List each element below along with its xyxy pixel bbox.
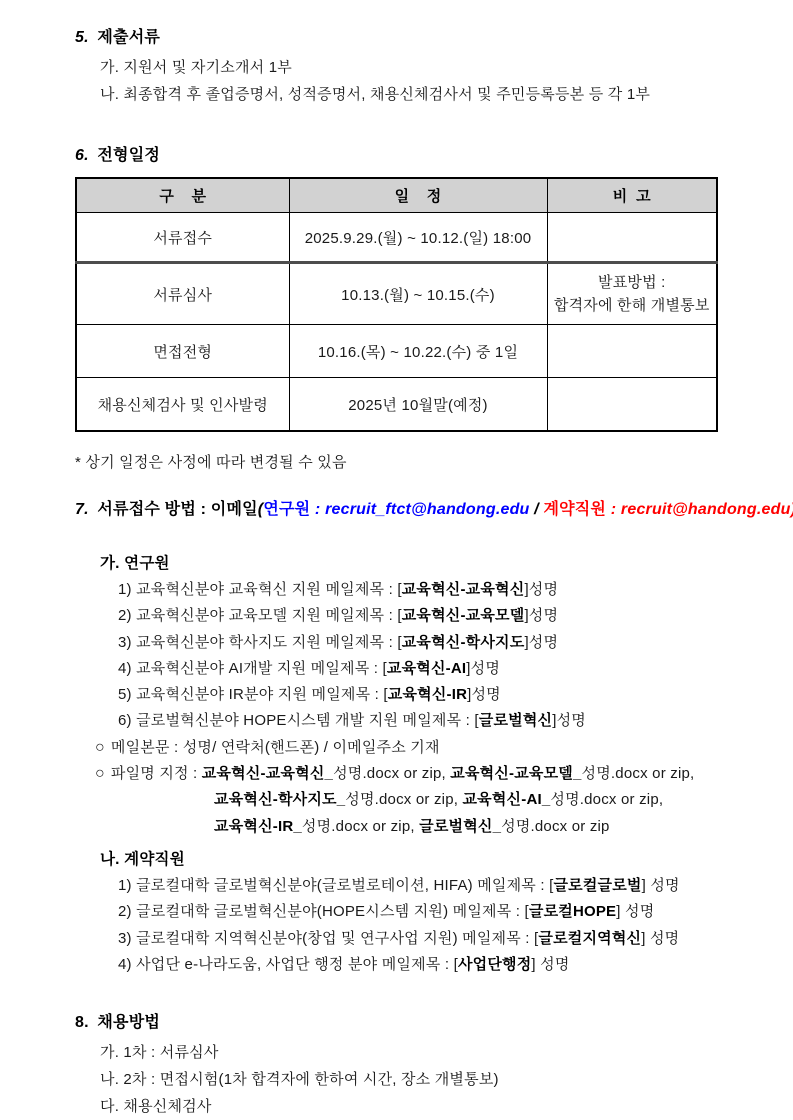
researcher-mail-item: 4) 교육혁신분야 AI개발 지원 메일제목 : [교육혁신-AI]성명 xyxy=(118,656,753,682)
section-7-number: 7. xyxy=(75,501,89,518)
filename-tag: 교육혁신-IR_ xyxy=(214,818,302,835)
researcher-mail-item: 2) 교육혁신분야 교육모델 지원 메일제목 : [교육혁신-교육모델]성명 xyxy=(118,603,753,629)
filename-tag: 교육혁신-AI_ xyxy=(462,791,550,808)
filename-label: 파일명 지정 : xyxy=(111,765,202,782)
researcher-mail-item: 6) 글로벌혁신분야 HOPE시스템 개발 지원 메일제목 : [글로벌혁신]성… xyxy=(118,708,753,734)
section-8-heading: 8. 채용방법 xyxy=(75,1009,753,1032)
cell-note xyxy=(547,325,717,378)
cell-note xyxy=(547,213,717,263)
researcher-email: recruit_ftct@handong.edu xyxy=(325,501,529,518)
researcher-label: 연구원 xyxy=(263,501,310,518)
item-text: 4) 교육혁신분야 AI개발 지원 메일제목 : [ xyxy=(118,660,387,677)
researcher-mail-item: 1) 교육혁신분야 교육혁신 지원 메일제목 : [교육혁신-교육혁신]성명 xyxy=(118,577,753,603)
section-6-heading: 6. 전형일정 xyxy=(75,142,753,165)
filename-text: 성명.docx or zip, xyxy=(345,791,462,808)
section-5-items: 가. 지원서 및 자기소개서 1부 나. 최종합격 후 졸업증명서, 성적증명서… xyxy=(75,54,753,108)
recruit-method-item: 가. 1차 : 서류심사 xyxy=(100,1039,753,1066)
contract-email: recruit@handong.edu xyxy=(621,501,791,518)
cell-category: 채용신체검사 및 인사발령 xyxy=(76,378,289,432)
mail-body-text: 메일본문 : 성명/ 연락처(핸드폰) / 이메일주소 기재 xyxy=(111,739,440,756)
item-text: 1) 글로컬대학 글로벌혁신분야(글로벌로테이션, HIFA) 메일제목 : [ xyxy=(118,877,553,894)
mail-body-bullet: ○메일본문 : 성명/ 연락처(핸드폰) / 이메일주소 기재 xyxy=(95,735,753,761)
header-note: 비 고 xyxy=(547,178,717,213)
submission-doc-item: 나. 최종합격 후 졸업증명서, 성적증명서, 채용신체검사서 및 주민등록등본… xyxy=(100,81,753,108)
cell-schedule: 10.13.(월) ~ 10.15.(수) xyxy=(289,263,547,325)
recruit-method-item: 나. 2차 : 면접시험(1차 합격자에 한하여 시간, 장소 개별통보) xyxy=(100,1066,753,1093)
item-text: ] 성명 xyxy=(642,877,680,894)
cell-schedule: 2025.9.29.(월) ~ 10.12.(일) 18:00 xyxy=(289,213,547,263)
cell-category: 서류심사 xyxy=(76,263,289,325)
submission-doc-item: 가. 지원서 및 자기소개서 1부 xyxy=(100,54,753,81)
circle-bullet-icon: ○ xyxy=(95,739,105,756)
email-separator: / xyxy=(530,501,544,518)
mail-subject-tag: 교육혁신-교육모델 xyxy=(402,607,525,624)
item-text: 3) 글로컬대학 지역혁신분야(창업 및 연구사업 지원) 메일제목 : [ xyxy=(118,930,538,947)
filename-continuation: 교육혁신-학사지도_성명.docx or zip, 교육혁신-AI_성명.doc… xyxy=(214,787,753,813)
item-text: 3) 교육혁신분야 학사지도 지원 메일제목 : [ xyxy=(118,634,402,651)
researcher-colon: : xyxy=(310,501,325,518)
item-text: ] 성명 xyxy=(641,930,679,947)
section-7-title: 서류접수 방법 : 이메일 xyxy=(97,501,257,518)
schedule-footnote: * 상기 일정은 사정에 따라 변경될 수 있음 xyxy=(75,452,753,474)
cell-schedule: 2025년 10월말(예정) xyxy=(289,378,547,432)
mail-subject-tag: 글로컬글로벌 xyxy=(553,877,641,894)
contract-mail-item: 4) 사업단 e-나라도움, 사업단 행정 분야 메일제목 : [사업단행정] … xyxy=(118,952,753,978)
item-text: ] 성명 xyxy=(616,903,654,920)
cell-category: 서류접수 xyxy=(76,213,289,263)
section-6-title: 전형일정 xyxy=(97,147,160,164)
item-text: ]성명 xyxy=(524,581,558,598)
section-6-number: 6. xyxy=(75,147,89,164)
mail-subject-tag: 교육혁신-교육혁신 xyxy=(402,581,525,598)
item-text: ]성명 xyxy=(524,607,558,624)
section-5-number: 5. xyxy=(75,29,89,46)
schedule-table: 구 분 일 정 비 고 서류접수 2025.9.29.(월) ~ 10.12.(… xyxy=(75,177,718,432)
table-row: 서류심사 10.13.(월) ~ 10.15.(수) 발표방법 : 합격자에 한… xyxy=(76,263,717,325)
section-8-items: 가. 1차 : 서류심사 나. 2차 : 면접시험(1차 합격자에 한하여 시간… xyxy=(75,1039,753,1120)
item-text: ]성명 xyxy=(552,712,586,729)
filename-text: 성명.docx or zip, xyxy=(550,791,663,808)
cell-note: 발표방법 : 합격자에 한해 개별통보 xyxy=(547,263,717,325)
mail-subject-tag: 글로컬HOPE xyxy=(529,903,616,920)
cell-note xyxy=(547,378,717,432)
mail-subject-tag: 교육혁신-학사지도 xyxy=(402,634,525,651)
mail-subject-tag: 글로벌혁신 xyxy=(479,712,552,729)
section-8-title: 채용방법 xyxy=(97,1014,160,1031)
item-text: 5) 교육혁신분야 IR분야 지원 메일제목 : [ xyxy=(118,686,388,703)
item-text: ]성명 xyxy=(466,660,500,677)
item-text: 4) 사업단 e-나라도움, 사업단 행정 분야 메일제목 : [ xyxy=(118,956,458,973)
filename-continuation: 교육혁신-IR_성명.docx or zip, 글로벌혁신_성명.docx or… xyxy=(214,814,753,840)
section-8-number: 8. xyxy=(75,1014,89,1031)
item-text: ]성명 xyxy=(524,634,558,651)
table-row: 채용신체검사 및 인사발령 2025년 10월말(예정) xyxy=(76,378,717,432)
item-text: 2) 글로컬대학 글로벌혁신분야(HOPE시스템 지원) 메일제목 : [ xyxy=(118,903,529,920)
contract-subsection-heading: 나. 계약직원 xyxy=(100,847,753,873)
contract-mail-item: 2) 글로컬대학 글로벌혁신분야(HOPE시스템 지원) 메일제목 : [글로컬… xyxy=(118,899,753,925)
mail-subject-tag: 교육혁신-IR xyxy=(388,686,467,703)
researcher-mail-item: 5) 교육혁신분야 IR분야 지원 메일제목 : [교육혁신-IR]성명 xyxy=(118,682,753,708)
filename-text: 성명.docx or zip, xyxy=(582,765,695,782)
filename-bullet: ○파일명 지정 : 교육혁신-교육혁신_성명.docx or zip, 교육혁신… xyxy=(95,761,753,787)
cell-category: 면접전형 xyxy=(76,325,289,378)
header-category: 구 분 xyxy=(76,178,289,213)
filename-text: 성명.docx or zip, xyxy=(302,818,419,835)
item-text: ]성명 xyxy=(467,686,501,703)
contract-colon: : xyxy=(606,501,621,518)
item-text: ] 성명 xyxy=(531,956,569,973)
section-7-heading: 7. 서류접수 방법 : 이메일(연구원 : recruit_ftct@hand… xyxy=(75,496,753,519)
filename-tag: 교육혁신-교육모델_ xyxy=(450,765,581,782)
table-row: 면접전형 10.16.(목) ~ 10.22.(수) 중 1일 xyxy=(76,325,717,378)
mail-subject-tag: 교육혁신-AI xyxy=(387,660,466,677)
contract-mail-item: 1) 글로컬대학 글로벌혁신분야(글로벌로테이션, HIFA) 메일제목 : [… xyxy=(118,873,753,899)
item-text: 1) 교육혁신분야 교육혁신 지원 메일제목 : [ xyxy=(118,581,402,598)
item-text: 6) 글로벌혁신분야 HOPE시스템 개발 지원 메일제목 : [ xyxy=(118,712,479,729)
researcher-mail-item: 3) 교육혁신분야 학사지도 지원 메일제목 : [교육혁신-학사지도]성명 xyxy=(118,630,753,656)
table-header-row: 구 분 일 정 비 고 xyxy=(76,178,717,213)
mail-subject-tag: 사업단행정 xyxy=(458,956,531,973)
mail-subject-tag: 글로컬지역혁신 xyxy=(538,930,641,947)
recruitment-notice-page: 5. 제출서류 가. 지원서 및 자기소개서 1부 나. 최종합격 후 졸업증명… xyxy=(0,0,793,977)
table-row: 서류접수 2025.9.29.(월) ~ 10.12.(일) 18:00 xyxy=(76,213,717,263)
item-text: 2) 교육혁신분야 교육모델 지원 메일제목 : [ xyxy=(118,607,402,624)
filename-tag: 교육혁신-교육혁신_ xyxy=(202,765,333,782)
filename-text: 성명.docx or zip, xyxy=(333,765,450,782)
cell-schedule: 10.16.(목) ~ 10.22.(수) 중 1일 xyxy=(289,325,547,378)
filename-text: 성명.docx or zip xyxy=(501,818,609,835)
filename-tag: 글로벌혁신_ xyxy=(419,818,501,835)
contract-label: 계약직원 xyxy=(543,501,606,518)
filename-tag: 교육혁신-학사지도_ xyxy=(214,791,345,808)
circle-bullet-icon: ○ xyxy=(95,765,105,782)
header-schedule: 일 정 xyxy=(289,178,547,213)
recruit-method-item: 다. 채용신체검사 xyxy=(100,1093,753,1120)
researcher-subsection-heading: 가. 연구원 xyxy=(100,551,753,577)
section-5-title: 제출서류 xyxy=(97,29,160,46)
section-5-heading: 5. 제출서류 xyxy=(75,24,753,47)
contract-mail-item: 3) 글로컬대학 지역혁신분야(창업 및 연구사업 지원) 메일제목 : [글로… xyxy=(118,926,753,952)
